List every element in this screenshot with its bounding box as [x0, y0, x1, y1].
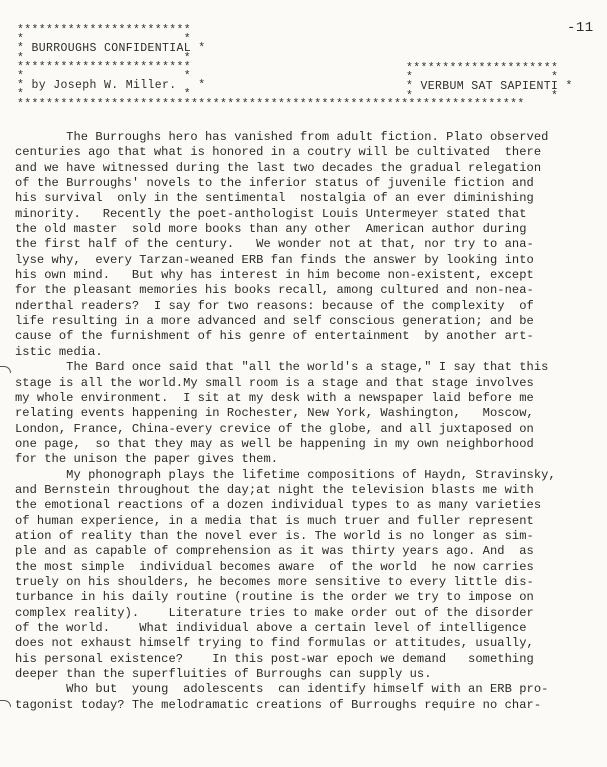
text-line: deeper than the superfluities of Burroug…: [15, 667, 595, 682]
text-line: his survival only in the sentimental nos…: [15, 191, 595, 206]
text-line: ation of reality than the novel ever is.…: [15, 529, 595, 544]
text-line: tagonist today? The melodramatic creatio…: [15, 698, 595, 713]
text-line: cause of the furnishment of his genre of…: [15, 329, 595, 344]
text-line: stage is all the world.My small room is …: [15, 376, 595, 391]
text-line: for the unison the paper gives them.: [15, 452, 595, 467]
text-line: complex reality). Literature tries to ma…: [15, 606, 595, 621]
text-line: lyse why, every Tarzan-weaned ERB fan fi…: [15, 253, 595, 268]
motto-box: ********************* * * * VERBUM SAT S…: [406, 64, 573, 101]
text-line: my whole environment. I sit at my desk w…: [15, 391, 595, 406]
text-line: London, France, China-every crevice of t…: [15, 422, 595, 437]
text-line: for the pleasant memories his books reca…: [15, 283, 595, 298]
text-line: his personal existence? In this post-war…: [15, 652, 595, 667]
page-number: -11: [567, 20, 594, 36]
text-line: of the Burroughs' novels to the inferior…: [15, 176, 595, 191]
text-line: relating events happening in Rochester, …: [15, 406, 595, 421]
text-line: life resulting in a more advanced and se…: [15, 314, 595, 329]
text-line: the old master sold more books than any …: [15, 222, 595, 237]
text-line: the emotional reactions of a dozen indiv…: [15, 498, 595, 513]
text-line: the most simple individual becomes aware…: [15, 560, 595, 575]
margin-mark: [0, 366, 11, 373]
text-line: truely on his shoulders, he becomes more…: [15, 575, 595, 590]
text-line: his own mind. But why has interest in hi…: [15, 268, 595, 283]
text-line: and Bernstein throughout the day;at nigh…: [15, 483, 595, 498]
text-line: of the world. What individual above a ce…: [15, 621, 595, 636]
text-line: The Burroughs hero has vanished from adu…: [15, 130, 595, 145]
text-line: one page, so that they may as well be ha…: [15, 437, 595, 452]
margin-mark: [0, 700, 11, 707]
text-line: minority. Recently the poet-anthologist …: [15, 207, 595, 222]
text-line: of human experience, in a media that is …: [15, 514, 595, 529]
text-line: Who but young adolescents can identify h…: [15, 682, 595, 697]
text-line: does not exhaust himself trying to find …: [15, 636, 595, 651]
text-line: centuries ago that what is honored in a …: [15, 145, 595, 160]
text-line: the first half of the century. We wonder…: [15, 237, 595, 252]
text-line: and we have witnessed during the last tw…: [15, 161, 595, 176]
text-line: turbance in his daily routine (routine i…: [15, 590, 595, 605]
text-line: nderthal readers? I say for two reasons:…: [15, 299, 595, 314]
article-body: The Burroughs hero has vanished from adu…: [15, 130, 595, 713]
text-line: The Bard once said that "all the world's…: [15, 360, 595, 375]
text-line: My phonograph plays the lifetime composi…: [15, 468, 595, 483]
text-line: ple and as capable of comprehension as i…: [15, 544, 595, 559]
text-line: istic media.: [15, 345, 595, 360]
